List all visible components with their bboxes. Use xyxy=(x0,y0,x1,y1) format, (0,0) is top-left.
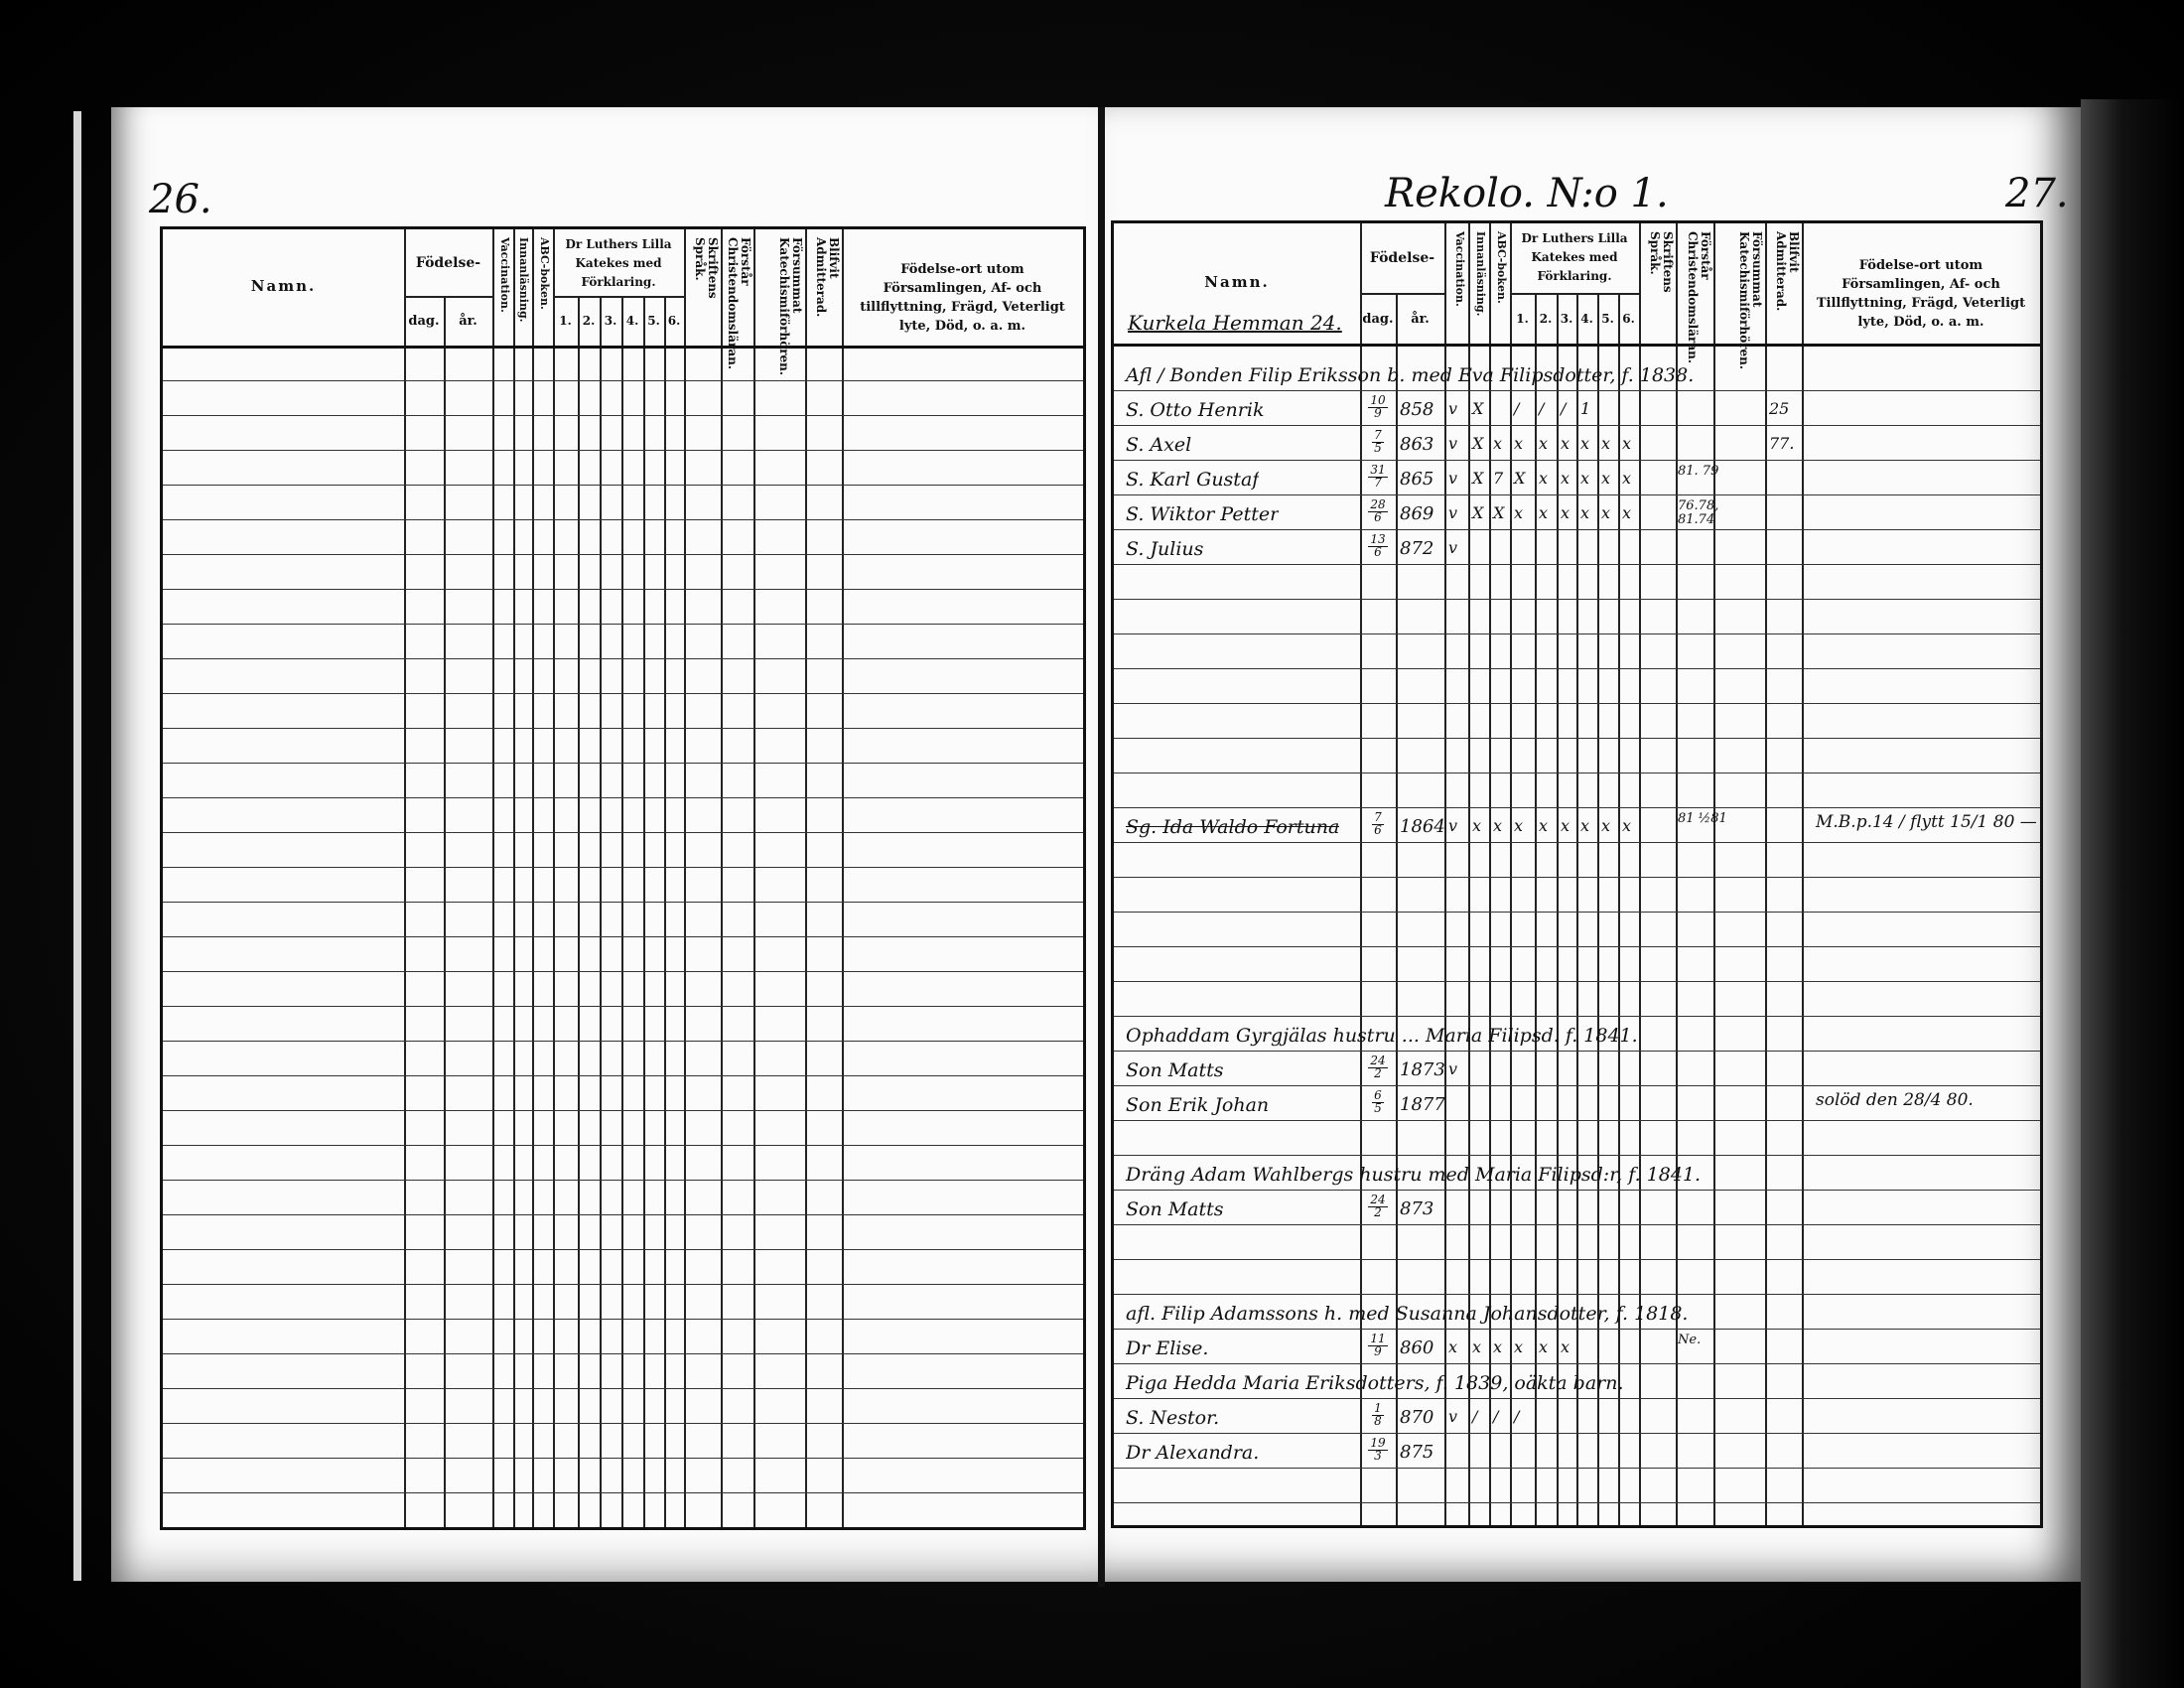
entry-name: Afl / Bonden Filip Eriksson b. med Eva F… xyxy=(1126,364,1694,386)
entry-name: S. Nestor. xyxy=(1126,1407,1219,1429)
header-fodelse: Födelse- xyxy=(404,255,492,272)
entry-abc-boken: 7 xyxy=(1493,469,1503,488)
header-dag: dag. xyxy=(404,313,444,330)
column-divider-skrift-end xyxy=(1676,223,1678,1525)
header-bottom-line xyxy=(1114,344,2040,347)
row-line xyxy=(163,902,1083,903)
header-namn: Namn. xyxy=(1114,274,1360,291)
entry-vaccination: v xyxy=(1448,434,1457,453)
entry-innanlasning: x xyxy=(1472,1337,1481,1356)
entry-name: afl. Filip Adamssons h. med Susanna Joha… xyxy=(1126,1303,1688,1325)
header-fodelseort: Födelse-ort utom Församlingen, Af- och t… xyxy=(852,260,1073,336)
row-line xyxy=(163,1284,1083,1285)
header-fodelse: Födelse- xyxy=(1360,250,1444,267)
entry-vaccination: v xyxy=(1448,503,1457,522)
header-blifvit-admitterad: Blifvit Admitterad. xyxy=(807,237,840,340)
header-katekes-part-6: 6. xyxy=(1618,311,1639,328)
column-divider-kat3-end xyxy=(621,296,623,1527)
entry-innanlasning: X xyxy=(1472,503,1483,522)
row-line xyxy=(1114,1259,2040,1260)
entry-forsummat: 81. 79 xyxy=(1678,465,1727,479)
entry-katekes-2: x xyxy=(1539,1337,1548,1356)
header-innanlasning: Innanläsning. xyxy=(515,237,530,340)
row-line xyxy=(1114,1190,2040,1191)
header-innanlasning: Innanläsning. xyxy=(1470,231,1487,338)
entry-birth-day: 317 xyxy=(1360,464,1396,490)
entry-birth-year: 873 xyxy=(1400,1198,1433,1219)
row-line xyxy=(163,971,1083,972)
entry-katekes-3: x xyxy=(1561,1337,1570,1356)
row-line xyxy=(1114,1433,2040,1434)
entry-birth-year: 869 xyxy=(1400,503,1433,524)
entry-innanlasning: x xyxy=(1472,816,1481,835)
column-divider-kat2-end xyxy=(600,296,602,1527)
left-register-table: Namn.Födelse-dag.år.Vaccination.Innanläs… xyxy=(160,226,1086,1530)
header-katekes-part-4: 4. xyxy=(1576,311,1597,328)
entry-vaccination: v xyxy=(1448,1407,1457,1426)
row-line xyxy=(163,1319,1083,1320)
entry-birth-year: 860 xyxy=(1400,1337,1433,1358)
entry-name: Ophaddam Gyrgjälas hustru ... Maria Fili… xyxy=(1126,1025,1638,1047)
row-line xyxy=(1114,460,2040,461)
entry-abc-boken: x xyxy=(1493,434,1502,453)
row-line xyxy=(163,1388,1083,1389)
fodelse-subheader-line xyxy=(1360,293,1444,295)
column-divider-forsummat-end xyxy=(1765,223,1767,1525)
row-line xyxy=(1114,599,2040,600)
row-line xyxy=(1114,1224,2040,1225)
row-line xyxy=(1114,1051,2040,1052)
row-line xyxy=(163,1006,1083,1007)
header-namn: Namn. xyxy=(163,278,404,295)
entry-birth-day: 18 xyxy=(1360,1402,1396,1428)
header-ar: år. xyxy=(1396,311,1444,328)
entry-katekes-6: x xyxy=(1622,503,1631,522)
entry-katekes-3: x xyxy=(1561,816,1570,835)
header-blifvit-admitterad: Blifvit Admitterad. xyxy=(1767,231,1800,338)
entry-vaccination: v xyxy=(1448,469,1457,488)
entry-katekes-5: x xyxy=(1601,469,1610,488)
header-forstar-christendomslaran: Förstår Christendomsläran. xyxy=(1678,231,1711,338)
row-line xyxy=(1114,912,2040,913)
column-divider-forsummat-end xyxy=(805,229,807,1527)
entry-forsummat: 81 ½81 xyxy=(1678,812,1727,826)
column-divider-kat4-end xyxy=(643,296,645,1527)
katekes-subheader-line xyxy=(1510,293,1639,295)
entry-katekes-1: / xyxy=(1514,1407,1519,1426)
column-divider-kat5-end xyxy=(1618,293,1620,1525)
entry-birth-day: 242 xyxy=(1360,1194,1396,1219)
header-abc-boken: ABC-boken. xyxy=(534,237,551,340)
entry-katekes-4: x xyxy=(1580,434,1589,453)
row-line xyxy=(1114,390,2040,391)
row-line xyxy=(163,1249,1083,1250)
entry-name: Son Erik Johan xyxy=(1126,1094,1269,1116)
entry-katekes-3: / xyxy=(1561,399,1566,418)
entry-vaccination: x xyxy=(1448,1337,1457,1356)
book-gutter xyxy=(1098,107,1105,1587)
entry-katekes-2: x xyxy=(1539,469,1548,488)
entry-name: S. Julius xyxy=(1126,538,1203,560)
column-divider-kat6-end xyxy=(684,229,686,1527)
entry-vaccination: v xyxy=(1448,816,1457,835)
entry-abc-boken: / xyxy=(1493,1407,1498,1426)
column-divider-innan-end xyxy=(1489,223,1491,1525)
left-page-number: 26. xyxy=(149,177,212,222)
entry-katekes-2: / xyxy=(1539,399,1544,418)
entry-birth-year: 1864 xyxy=(1400,816,1445,837)
entry-abc-boken: x xyxy=(1493,816,1502,835)
row-line xyxy=(1114,703,2040,704)
entry-birth-day: 242 xyxy=(1360,1055,1396,1080)
column-divider-namn-end xyxy=(404,229,406,1527)
entry-birth-year: 865 xyxy=(1400,469,1433,490)
row-line xyxy=(163,1180,1083,1181)
entry-katekes-6: x xyxy=(1622,434,1631,453)
entry-vaccination: v xyxy=(1448,399,1457,418)
row-line xyxy=(1114,1085,2040,1086)
entry-abc-boken: X xyxy=(1493,503,1504,522)
header-skriftens-sprak: Skriftens Språk. xyxy=(686,237,719,340)
row-line xyxy=(163,936,1083,937)
row-line xyxy=(1114,1363,2040,1364)
row-line xyxy=(163,763,1083,764)
entry-innanlasning: X xyxy=(1472,469,1483,488)
entry-katekes-1: x xyxy=(1514,1337,1523,1356)
row-line xyxy=(163,1353,1083,1354)
entry-birth-year: 875 xyxy=(1400,1442,1433,1463)
row-line xyxy=(1114,773,2040,774)
header-katekes-part-3: 3. xyxy=(600,313,621,330)
header-vaccination: Vaccination. xyxy=(494,237,511,340)
header-forstar-christendomslaran: Förstår Christendomsläran. xyxy=(723,237,751,340)
column-divider-dag-end xyxy=(444,296,446,1527)
row-line xyxy=(163,658,1083,659)
row-line xyxy=(163,1423,1083,1424)
row-line xyxy=(1114,1294,2040,1295)
entry-name: Dr Elise. xyxy=(1126,1337,1208,1359)
entry-katekes-4: x xyxy=(1580,816,1589,835)
column-divider-vacc-end xyxy=(1468,223,1470,1525)
katekes-subheader-line xyxy=(553,296,684,298)
entry-forsummat: Ne. xyxy=(1678,1334,1727,1347)
row-line xyxy=(163,832,1083,833)
column-divider-skrift-end xyxy=(721,229,723,1527)
row-line xyxy=(1114,738,2040,739)
row-line xyxy=(163,485,1083,486)
row-line xyxy=(1114,1329,2040,1330)
entry-katekes-6: x xyxy=(1622,816,1631,835)
book-binding-edge xyxy=(73,111,81,1581)
column-divider-fodelse-end xyxy=(492,229,494,1527)
header-katekes-part-4: 4. xyxy=(621,313,643,330)
header-katekes-part-3: 3. xyxy=(1557,311,1576,328)
entry-name: Son Matts xyxy=(1126,1059,1224,1081)
column-divider-dag-end xyxy=(1396,293,1398,1525)
row-line xyxy=(163,1145,1083,1146)
header-katekes-part-1: 1. xyxy=(553,313,578,330)
entry-birth-year: 1873 xyxy=(1400,1059,1445,1080)
entry-blifvit-admitterad: 25 xyxy=(1769,399,1789,418)
header-skriftens-sprak: Skriftens Språk. xyxy=(1641,231,1674,338)
entry-katekes-2: x xyxy=(1539,816,1548,835)
entry-innanlasning: X xyxy=(1472,434,1483,453)
entry-katekes-3: x xyxy=(1561,469,1570,488)
entry-birth-year: 872 xyxy=(1400,538,1433,559)
entry-katekes-5: x xyxy=(1601,816,1610,835)
row-line xyxy=(1114,842,2040,843)
row-line xyxy=(1114,1155,2040,1156)
header-katekes-part-5: 5. xyxy=(643,313,664,330)
right-page-number: 27. xyxy=(2005,171,2069,216)
row-line xyxy=(1114,668,2040,669)
entry-birth-day: 109 xyxy=(1360,394,1396,420)
entry-remark: solöd den 28/4 80. xyxy=(1816,1090,1974,1110)
row-line xyxy=(1114,529,2040,530)
header-fodelseort: Födelse-ort utom Församlingen, Af- och T… xyxy=(1812,256,2030,332)
column-divider-abc-end xyxy=(553,229,555,1527)
header-katekes-part-1: 1. xyxy=(1510,311,1535,328)
column-divider-vacc-end xyxy=(513,229,515,1527)
column-divider-blifvit-end xyxy=(842,229,844,1527)
column-divider-blifvit-end xyxy=(1802,223,1804,1525)
column-divider-forstar-end xyxy=(1713,223,1715,1525)
header-forsummat-katechismiforhoren: Försummat Katechismiförhören. xyxy=(755,237,803,340)
entry-innanlasning: / xyxy=(1472,1407,1477,1426)
row-line xyxy=(163,1214,1083,1215)
entry-name: Sg. Ida Waldo Fortuna xyxy=(1126,816,1339,838)
column-divider-kat3-end xyxy=(1576,293,1578,1525)
entry-blifvit-admitterad: 77. xyxy=(1769,434,1794,453)
header-forsummat-katechismiforhoren: Försummat Katechismiförhören. xyxy=(1715,231,1763,338)
entry-katekes-3: x xyxy=(1561,503,1570,522)
column-divider-innan-end xyxy=(532,229,534,1527)
row-line xyxy=(163,867,1083,868)
header-vaccination: Vaccination. xyxy=(1446,231,1466,338)
entry-name: S. Wiktor Petter xyxy=(1126,503,1279,525)
entry-katekes-1: x xyxy=(1514,503,1523,522)
entry-name: Piga Hedda Maria Eriksdotters, f. 1839, … xyxy=(1126,1372,1624,1394)
header-katekes-part-2: 2. xyxy=(1535,311,1557,328)
header-abc-boken: ABC-boken. xyxy=(1491,231,1508,338)
entry-katekes-1: x xyxy=(1514,816,1523,835)
header-katekes-part-2: 2. xyxy=(578,313,600,330)
row-line xyxy=(1114,1398,2040,1399)
entry-katekes-5: x xyxy=(1601,434,1610,453)
column-divider-kat6-end xyxy=(1639,223,1641,1525)
entry-katekes-6: x xyxy=(1622,469,1631,488)
row-line xyxy=(163,1041,1083,1042)
entry-birth-day: 119 xyxy=(1360,1333,1396,1358)
row-line xyxy=(1114,981,2040,982)
entry-katekes-1: x xyxy=(1514,434,1523,453)
row-line xyxy=(1114,1016,2040,1017)
entry-birth-year: 858 xyxy=(1400,399,1433,420)
column-divider-forstar-end xyxy=(753,229,755,1527)
entry-vaccination: v xyxy=(1448,1059,1457,1078)
entry-birth-day: 65 xyxy=(1360,1089,1396,1115)
column-divider-fodelse-end xyxy=(1444,223,1446,1525)
row-line xyxy=(1114,877,2040,878)
entry-birth-day: 76 xyxy=(1360,811,1396,837)
header-bottom-line xyxy=(163,346,1083,349)
row-line xyxy=(163,415,1083,416)
row-line xyxy=(1114,1468,2040,1469)
header-katekes-part-6: 6. xyxy=(664,313,684,330)
entry-birth-year: 870 xyxy=(1400,1407,1433,1428)
row-line xyxy=(163,589,1083,590)
entry-katekes-2: x xyxy=(1539,434,1548,453)
column-divider-abc-end xyxy=(1510,223,1512,1525)
entry-katekes-2: x xyxy=(1539,503,1548,522)
row-line xyxy=(163,380,1083,381)
row-line xyxy=(163,450,1083,451)
row-line xyxy=(163,1075,1083,1076)
row-line xyxy=(163,624,1083,625)
entry-birth-day: 193 xyxy=(1360,1437,1396,1463)
entry-birth-year: 863 xyxy=(1400,434,1433,455)
entry-katekes-3: x xyxy=(1561,434,1570,453)
entry-birth-day: 75 xyxy=(1360,429,1396,455)
right-page-title: Rekolo. N:o 1. xyxy=(1385,171,1669,216)
entry-katekes-4: 1 xyxy=(1580,399,1590,418)
entry-katekes-1: / xyxy=(1514,399,1519,418)
row-line xyxy=(1114,564,2040,565)
entry-forsummat: 76.78, 81.74 xyxy=(1678,499,1727,527)
header-dag: dag. xyxy=(1360,311,1396,328)
right-edge-shadow xyxy=(2081,99,2184,1688)
entry-abc-boken: x xyxy=(1493,1337,1502,1356)
header-luthers-katekes: Dr Luthers Lilla Katekes med Förklaring. xyxy=(553,235,684,292)
fodelse-subheader-line xyxy=(404,296,492,298)
entry-birth-day: 136 xyxy=(1360,533,1396,559)
entry-birth-day: 286 xyxy=(1360,498,1396,524)
row-line xyxy=(1114,1120,2040,1121)
row-line xyxy=(163,728,1083,729)
entry-remark: M.B.p.14 / flytt 15/1 80 — xyxy=(1816,812,2037,832)
entry-katekes-1: X xyxy=(1514,469,1525,488)
entry-innanlasning: X xyxy=(1472,399,1483,418)
entry-name: Son Matts xyxy=(1126,1198,1224,1220)
row-line xyxy=(1114,494,2040,495)
header-ar: år. xyxy=(444,313,492,330)
header-luthers-katekes: Dr Luthers Lilla Katekes med Förklaring. xyxy=(1510,229,1639,286)
entry-katekes-4: x xyxy=(1580,469,1589,488)
row-line xyxy=(163,1110,1083,1111)
row-line xyxy=(1114,807,2040,808)
row-line xyxy=(1114,946,2040,947)
row-line xyxy=(163,693,1083,694)
column-divider-kat1-end xyxy=(578,296,580,1527)
row-line xyxy=(163,1492,1083,1493)
entry-katekes-4: x xyxy=(1580,503,1589,522)
entry-name: Dr Alexandra. xyxy=(1126,1442,1259,1464)
entry-name: Dräng Adam Wahlbergs hustru med Maria Fi… xyxy=(1126,1164,1701,1186)
entry-birth-year: 1877 xyxy=(1400,1094,1445,1115)
homestead-note: Kurkela Hemman 24. xyxy=(1128,311,1342,335)
row-line xyxy=(163,1458,1083,1459)
entry-name: S. Karl Gustaf xyxy=(1126,469,1259,491)
row-line xyxy=(1114,1502,2040,1503)
row-line xyxy=(163,554,1083,555)
entry-vaccination: v xyxy=(1448,538,1457,557)
column-divider-kat5-end xyxy=(664,296,666,1527)
entry-name: S. Otto Henrik xyxy=(1126,399,1264,421)
row-line xyxy=(163,519,1083,520)
row-line xyxy=(163,797,1083,798)
row-line xyxy=(1114,633,2040,634)
right-register-table: Namn.Födelse-dag.år.Vaccination.Innanläs… xyxy=(1111,220,2043,1528)
column-divider-kat1-end xyxy=(1535,293,1537,1525)
entry-name: S. Axel xyxy=(1126,434,1191,456)
column-divider-kat2-end xyxy=(1557,293,1559,1525)
column-divider-kat4-end xyxy=(1597,293,1599,1525)
entry-katekes-5: x xyxy=(1601,503,1610,522)
row-line xyxy=(1114,425,2040,426)
header-katekes-part-5: 5. xyxy=(1597,311,1618,328)
